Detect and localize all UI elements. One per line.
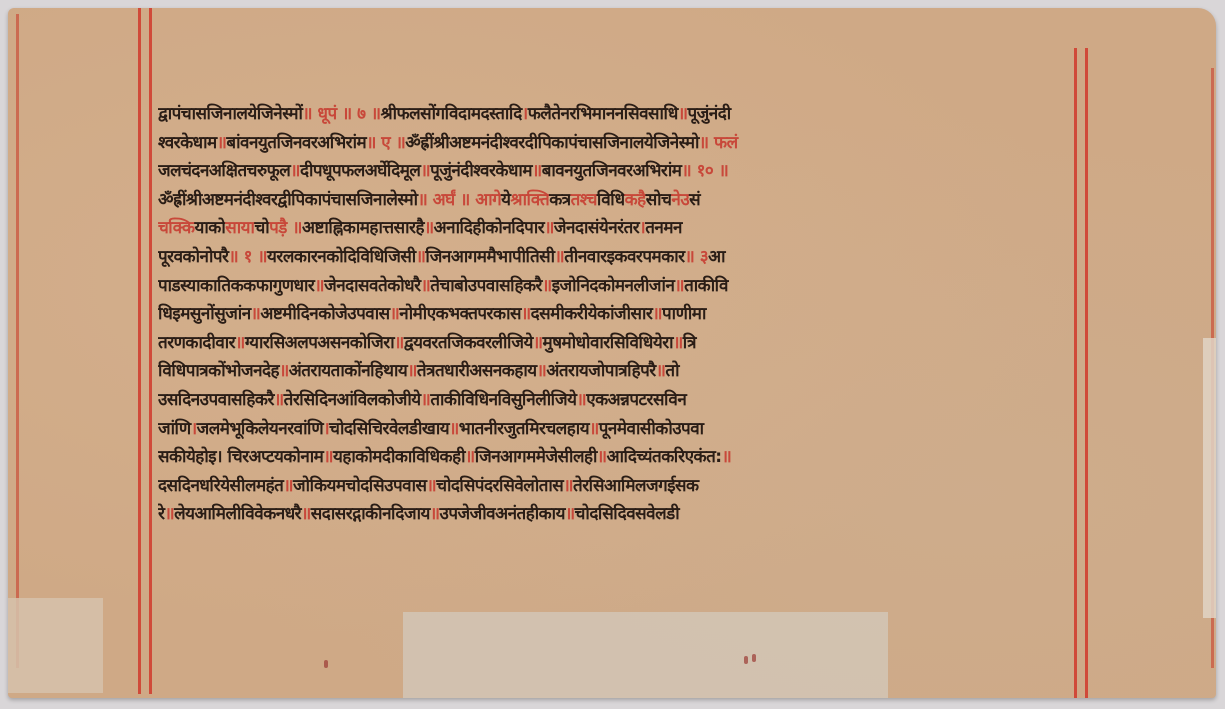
text-segment: श्वरकेधाम — [158, 133, 217, 153]
rubric-segment: ॥ — [301, 504, 311, 524]
text-segment: तेत्रतधारीअसनकहाय — [417, 361, 537, 381]
text-segment: श्रीफलसोंगविदामदस्तादि — [381, 104, 522, 124]
paper-repair-patch — [8, 598, 103, 693]
rubric-segment: कहै — [625, 190, 646, 210]
rubric-segment: ॥ — [544, 218, 554, 238]
text-segment: चोदसिपंदरसिवेलोतास — [436, 476, 563, 496]
text-segment: यरलकारनकोदिविधिजिसी — [267, 247, 416, 267]
text-segment: चोदसिचिरवेलडीखाय — [329, 419, 449, 439]
rubric-segment: ॥ — [427, 476, 437, 496]
rubric-segment: ॥ — [251, 304, 261, 324]
rubric-segment: ॥ — [465, 447, 475, 467]
rubric-segment: ॥ ए ॥ — [366, 133, 405, 153]
rubric-segment: ॥ — [449, 419, 459, 439]
paper-repair-patch — [403, 612, 888, 698]
rubric-segment: ॥ — [537, 361, 547, 381]
text-segment: फलैतेनरभिमाननसिवसाधि — [528, 104, 678, 124]
rubric-segment: ॥ — [577, 390, 587, 410]
manuscript-line: जलचंदनअक्षितचरुफूल॥दीपधूपफलअर्घेदिमूल॥पू… — [158, 157, 1070, 186]
rubric-segment: ॥ — [597, 447, 607, 467]
rubric-segment: ॥ १ ॥ — [228, 247, 267, 267]
ink-stain — [324, 660, 328, 668]
text-segment: उसदिनउपवासहिकरै — [158, 390, 274, 410]
rubric-segment: ॥ — [421, 276, 431, 296]
text-segment: चो — [254, 218, 269, 238]
text-segment: जिनआगममेजेसीलही — [475, 447, 597, 467]
ink-stain — [752, 654, 756, 662]
text-segment: इजोनिदकोमनलीजांन — [552, 276, 675, 296]
text-segment: ॐह्रींश्रीअष्टमनंदीश्वरद्वीपिकापंचासजिना… — [158, 190, 418, 210]
text-segment: तरणकादीवार — [158, 333, 235, 353]
manuscript-line: उसदिनउपवासहिकरै॥तेरसिदिनआंविलकोजीये॥ताकी… — [158, 386, 1070, 415]
rubric-segment: ॥ — [542, 276, 552, 296]
rubric-segment: ॥ — [424, 218, 434, 238]
rubric-segment: ॥ धूपं ॥ ७ ॥ — [302, 104, 380, 124]
rubric-segment: ॥ — [652, 304, 662, 324]
ink-stain — [744, 656, 748, 664]
text-segment: भातनीरजुतमिरचलहाय — [459, 419, 589, 439]
rubric-segment: पड़ै ॥ — [269, 218, 302, 238]
text-segment: अंतरायजोपात्रहिपरै — [546, 361, 655, 381]
text-segment: जोकियमचोदसिउपवास — [293, 476, 426, 496]
text-segment: द्वापंचासजिनालयेजिनेस्मों — [158, 104, 302, 124]
manuscript-line: धिइमसुनोंसुजांन॥अष्टमीदिनकोजेउपवास॥नोमीए… — [158, 300, 1070, 329]
text-segment: ताकीवि — [684, 276, 728, 296]
text-segment: उपजेजीवअनंतहीकाय — [440, 504, 565, 524]
text-segment: । — [216, 447, 227, 467]
rubric-segment: साया — [225, 218, 254, 238]
text-segment: जेनदासंयेनरंतर — [554, 218, 639, 238]
text-segment: ये — [501, 190, 510, 210]
rubric-segment: ॥ — [274, 390, 284, 410]
rubric-segment: श्राक्ति — [511, 190, 550, 210]
rubric-segment: ॥ — [563, 476, 573, 496]
text-segment: दसदिनधरियेसीलमहंत — [158, 476, 283, 496]
text-segment: तेरसिआमिलजगईसक — [573, 476, 699, 496]
rubric-segment: ॥ — [164, 504, 174, 524]
rubric-segment: ॥ — [323, 447, 333, 467]
text-segment: पूनमेवासीकोउपवा — [599, 419, 704, 439]
rubric-segment: ॥ — [290, 161, 300, 181]
text-segment: विधिपात्रकोंभोजनदेह — [158, 361, 279, 381]
manuscript-line: द्वापंचासजिनालयेजिनेस्मों॥ धूपं ॥ ७ ॥श्र… — [158, 100, 1070, 129]
left-margin-double-rule — [138, 8, 152, 694]
rubric-segment: ॥ — [279, 361, 289, 381]
rubric-segment: ॥ — [674, 276, 684, 296]
rubric-segment: ॥ ३ — [685, 247, 708, 267]
rubric-segment: ॥ — [533, 333, 543, 353]
text-segment: सदासरद्गाकीनदिजाय — [311, 504, 430, 524]
manuscript-line: पूरवकोनोपरै॥ १ ॥यरलकारनकोदिविधिजिसी॥जिनआ… — [158, 243, 1070, 272]
text-segment: धिइमसुनोंसुजांन — [158, 304, 251, 324]
rubric-segment: तश्च — [571, 190, 597, 210]
rubric-segment: ॥ — [416, 247, 426, 267]
left-edge-rule — [16, 14, 19, 668]
rubric-segment: ॥ — [656, 361, 666, 381]
manuscript-line: जांणि।जलमेभूकिलेयनरवांणि।चोदसिचिरवेलडीखा… — [158, 415, 1070, 444]
text-segment: ॐह्रींश्रीअष्टमनंदीश्वरदीपिकापंचासजिनालय… — [405, 133, 699, 153]
manuscript-line: ॐह्रींश्रीअष्टमनंदीश्वरद्वीपिकापंचासजिना… — [158, 186, 1070, 215]
rubric-segment: ॥ — [565, 504, 575, 524]
rubric-segment: ॥ — [555, 247, 565, 267]
text-segment: तेचाबोउपवासहिकरै — [430, 276, 542, 296]
text-segment: अंतरायताकोंनहिथाय — [289, 361, 407, 381]
text-segment: जलचंदनअक्षितचरुफूल — [158, 161, 290, 181]
text-segment: बांवनयुतजिनवरअभिरांम — [226, 133, 366, 153]
right-margin-double-rule — [1074, 48, 1088, 698]
text-segment: एकअन्नपटरसविन — [586, 390, 686, 410]
rubric-segment: ॥ अर्घं ॥ आगे — [418, 190, 502, 210]
text-segment: जिनआगममैभापीतिसी — [425, 247, 554, 267]
text-segment: त्रि — [683, 333, 696, 353]
rubric-segment: ॥ — [390, 304, 400, 324]
text-segment: ताकीविधिनविसुनिलीजिये — [430, 390, 576, 410]
text-segment: सं — [689, 190, 700, 210]
text-segment: पूजुंनंदीश्वरकेधाम — [430, 161, 532, 181]
rubric-segment: ॥ — [421, 390, 431, 410]
text-segment: पूजुंनंदी — [688, 104, 731, 124]
rubric-segment: ॥ — [420, 161, 430, 181]
text-segment: चिरअप्टयकोनाम — [227, 447, 323, 467]
text-segment: जेनदासवतेकोधरै — [324, 276, 420, 296]
text-segment: यहाकोमदीकाविधिकही — [333, 447, 465, 467]
rubric-segment: ॥ — [283, 476, 293, 496]
rubric-segment: ॥ — [678, 104, 688, 124]
text-segment: लेयआमिलीविवेकनधरै — [174, 504, 301, 524]
text-segment: जलमेभूकिलेयनरवांणि — [197, 419, 324, 439]
text-segment: याको — [195, 218, 226, 238]
text-segment: बावनयुतजिनवरअभिरांम — [542, 161, 682, 181]
manuscript-line: तरणकादीवार॥ग्यारसिअलपअसनकोजिरा॥द्वयवरतजि… — [158, 329, 1070, 358]
rubric-segment: ॥ — [722, 447, 732, 467]
text-segment: अष्टमीदिनकोजेउपवास — [260, 304, 389, 324]
text-segment: तेरसिदिनआंविलकोजीये — [284, 390, 421, 410]
manuscript-line: विधिपात्रकोंभोजनदेह॥अंतरायताकोंनहिथाय॥ते… — [158, 357, 1070, 386]
text-segment: मुषमोधोवारसिविधियेरा — [543, 333, 674, 353]
text-segment: पाणीमा — [662, 304, 706, 324]
rubric-segment: ॥ — [217, 133, 227, 153]
text-segment: विधि — [597, 190, 625, 210]
text-segment: आ — [708, 247, 725, 267]
text-segment: सोच — [646, 190, 672, 210]
text-segment: तो — [665, 361, 679, 381]
text-segment: आदिच्यंतकरिएकंत: — [607, 447, 722, 467]
text-segment: तनमन — [645, 218, 682, 238]
rubric-segment: ॥ — [407, 361, 417, 381]
text-segment: अनादिहीकोनदिपार — [434, 218, 545, 238]
rubric-segment: ॥ — [430, 504, 440, 524]
text-segment: अष्टाह्निकामहात्तसारहै — [302, 218, 424, 238]
rubric-segment: चक्कि — [158, 218, 195, 238]
rubric-segment: ॥ फलं — [699, 133, 738, 153]
manuscript-text-block: द्वापंचासजिनालयेजिनेस्मों॥ धूपं ॥ ७ ॥श्र… — [158, 100, 1070, 529]
text-segment: पाडस्याकातिककफागुणधार — [158, 276, 314, 296]
rubric-segment: ॥ — [235, 333, 245, 353]
text-segment: जांणि — [158, 419, 191, 439]
text-segment: चोदसिदिवसवेलडी — [575, 504, 679, 524]
text-segment: तीनवारइकवरपमकार — [564, 247, 684, 267]
rubric-segment: ॥ — [589, 419, 599, 439]
text-segment: सकीयेहोइ — [158, 447, 216, 467]
manuscript-line: पाडस्याकातिककफागुणधार॥जेनदासवतेकोधरै॥तेच… — [158, 272, 1070, 301]
text-segment: नोमीएकभक्तपरकास — [399, 304, 521, 324]
paper-repair-patch — [1203, 338, 1216, 618]
rubric-segment: ॥ — [394, 333, 404, 353]
manuscript-folio: द्वापंचासजिनालयेजिनेस्मों॥ धूपं ॥ ७ ॥श्र… — [8, 8, 1216, 698]
manuscript-line: चक्कियाकोसायाचोपड़ै ॥अष्टाह्निकामहात्तसा… — [158, 214, 1070, 243]
manuscript-line: श्वरकेधाम॥बांवनयुतजिनवरअभिरांम॥ ए ॥ॐह्री… — [158, 129, 1070, 158]
text-segment: द्वयवरतजिकवरलीजिये — [404, 333, 533, 353]
rubric-segment: ॥ — [521, 304, 531, 324]
rubric-segment: ॥ — [532, 161, 542, 181]
text-segment: कत्र — [549, 190, 570, 210]
text-segment: पूरवकोनोपरै — [158, 247, 228, 267]
rubric-segment: ॥ — [314, 276, 324, 296]
manuscript-line: सकीयेहोइ। चिरअप्टयकोनाम॥यहाकोमदीकाविधिकह… — [158, 443, 1070, 472]
rubric-segment: ॥ १० ॥ — [681, 161, 728, 181]
text-segment: दसमीकरीयेकांजीसार — [531, 304, 653, 324]
manuscript-line: दसदिनधरियेसीलमहंत॥जोकियमचोदसिउपवास॥चोदसि… — [158, 472, 1070, 501]
text-segment: दीपधूपफलअर्घेदिमूल — [300, 161, 421, 181]
text-segment: ग्यारसिअलपअसनकोजिरा — [245, 333, 394, 353]
rubric-segment: ॥ — [673, 333, 683, 353]
manuscript-line: रे॥लेयआमिलीविवेकनधरै॥सदासरद्गाकीनदिजाय॥उ… — [158, 500, 1070, 529]
rubric-segment: नेउ — [671, 190, 689, 210]
